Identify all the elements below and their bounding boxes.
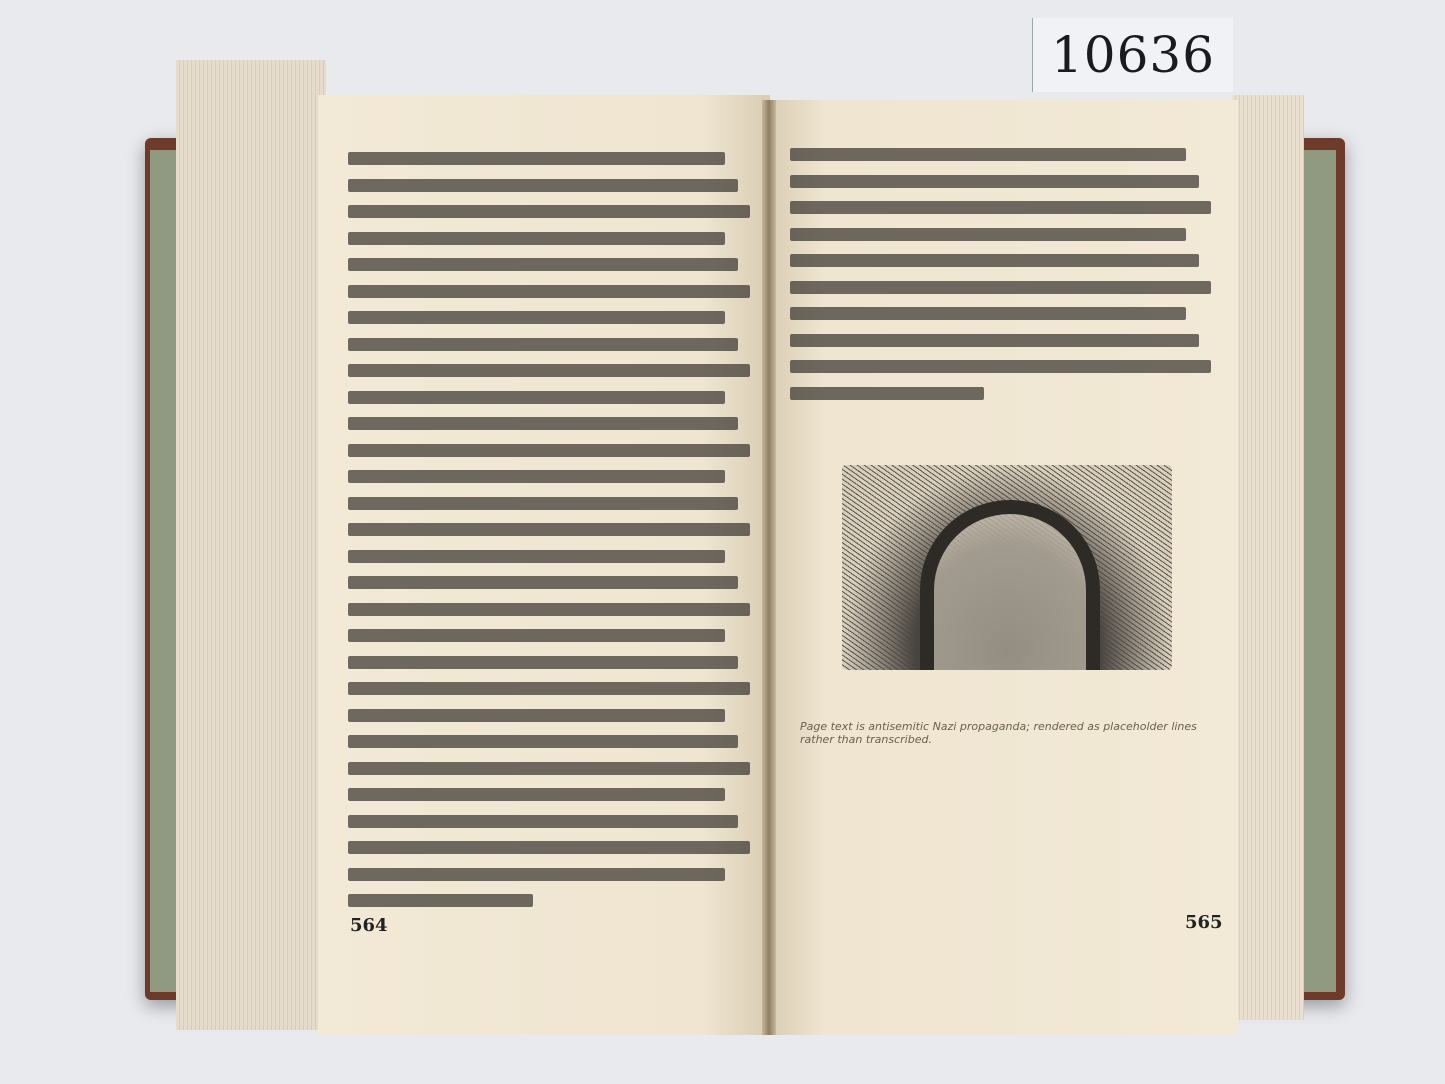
redacted-text-line [348, 603, 750, 616]
redacted-text-line [348, 497, 738, 510]
redacted-text-line [790, 228, 1186, 241]
redacted-text-line [348, 391, 725, 404]
redacted-text-line [790, 148, 1186, 161]
page-number-right: 565 [1185, 912, 1223, 933]
redacted-text-line [348, 417, 738, 430]
endpaper-right [1300, 150, 1336, 992]
redacted-text-line [348, 682, 750, 695]
redacted-text-line [348, 735, 738, 748]
redacted-text-line [348, 311, 725, 324]
redacted-text-line [348, 470, 725, 483]
redacted-text-line [348, 205, 750, 218]
redacted-text-line [348, 576, 738, 589]
redacted-text-line [348, 179, 738, 192]
illustration-arch [920, 500, 1100, 670]
book-gutter [762, 100, 776, 1035]
redacted-text-line [790, 334, 1199, 347]
right-page-text-block [790, 148, 1220, 413]
redacted-text-line [348, 815, 738, 828]
page-edges-left [176, 60, 326, 1030]
redacted-text-line [348, 841, 750, 854]
redacted-text-line [348, 152, 725, 165]
redacted-text-line [348, 364, 750, 377]
redacted-text-line [790, 307, 1186, 320]
catalog-number-label: 10636 [1032, 18, 1233, 92]
page-number-left: 564 [350, 915, 388, 936]
redacted-text-line [348, 762, 750, 775]
redacted-text-line [790, 254, 1199, 267]
redacted-text-line [348, 629, 725, 642]
redacted-text-line [790, 281, 1211, 294]
page-edges-right [1232, 95, 1304, 1020]
redacted-text-line [348, 868, 725, 881]
redacted-text-line [348, 523, 750, 536]
content-note: Page text is antisemitic Nazi propaganda… [800, 720, 1200, 746]
left-page-text-block [348, 152, 758, 921]
redacted-text-line [790, 201, 1211, 214]
redacted-text-line [348, 285, 750, 298]
redacted-text-line [790, 387, 984, 400]
redacted-text-line [348, 788, 725, 801]
redacted-text-line [348, 338, 738, 351]
redacted-text-line [790, 360, 1211, 373]
redacted-text-line [348, 709, 725, 722]
redacted-text-line [348, 258, 738, 271]
redacted-text-line [348, 656, 738, 669]
redacted-text-line [348, 444, 750, 457]
redacted-text-line [790, 175, 1199, 188]
redacted-text-line [348, 232, 725, 245]
redacted-text-line [348, 894, 533, 907]
redacted-text-line [348, 550, 725, 563]
